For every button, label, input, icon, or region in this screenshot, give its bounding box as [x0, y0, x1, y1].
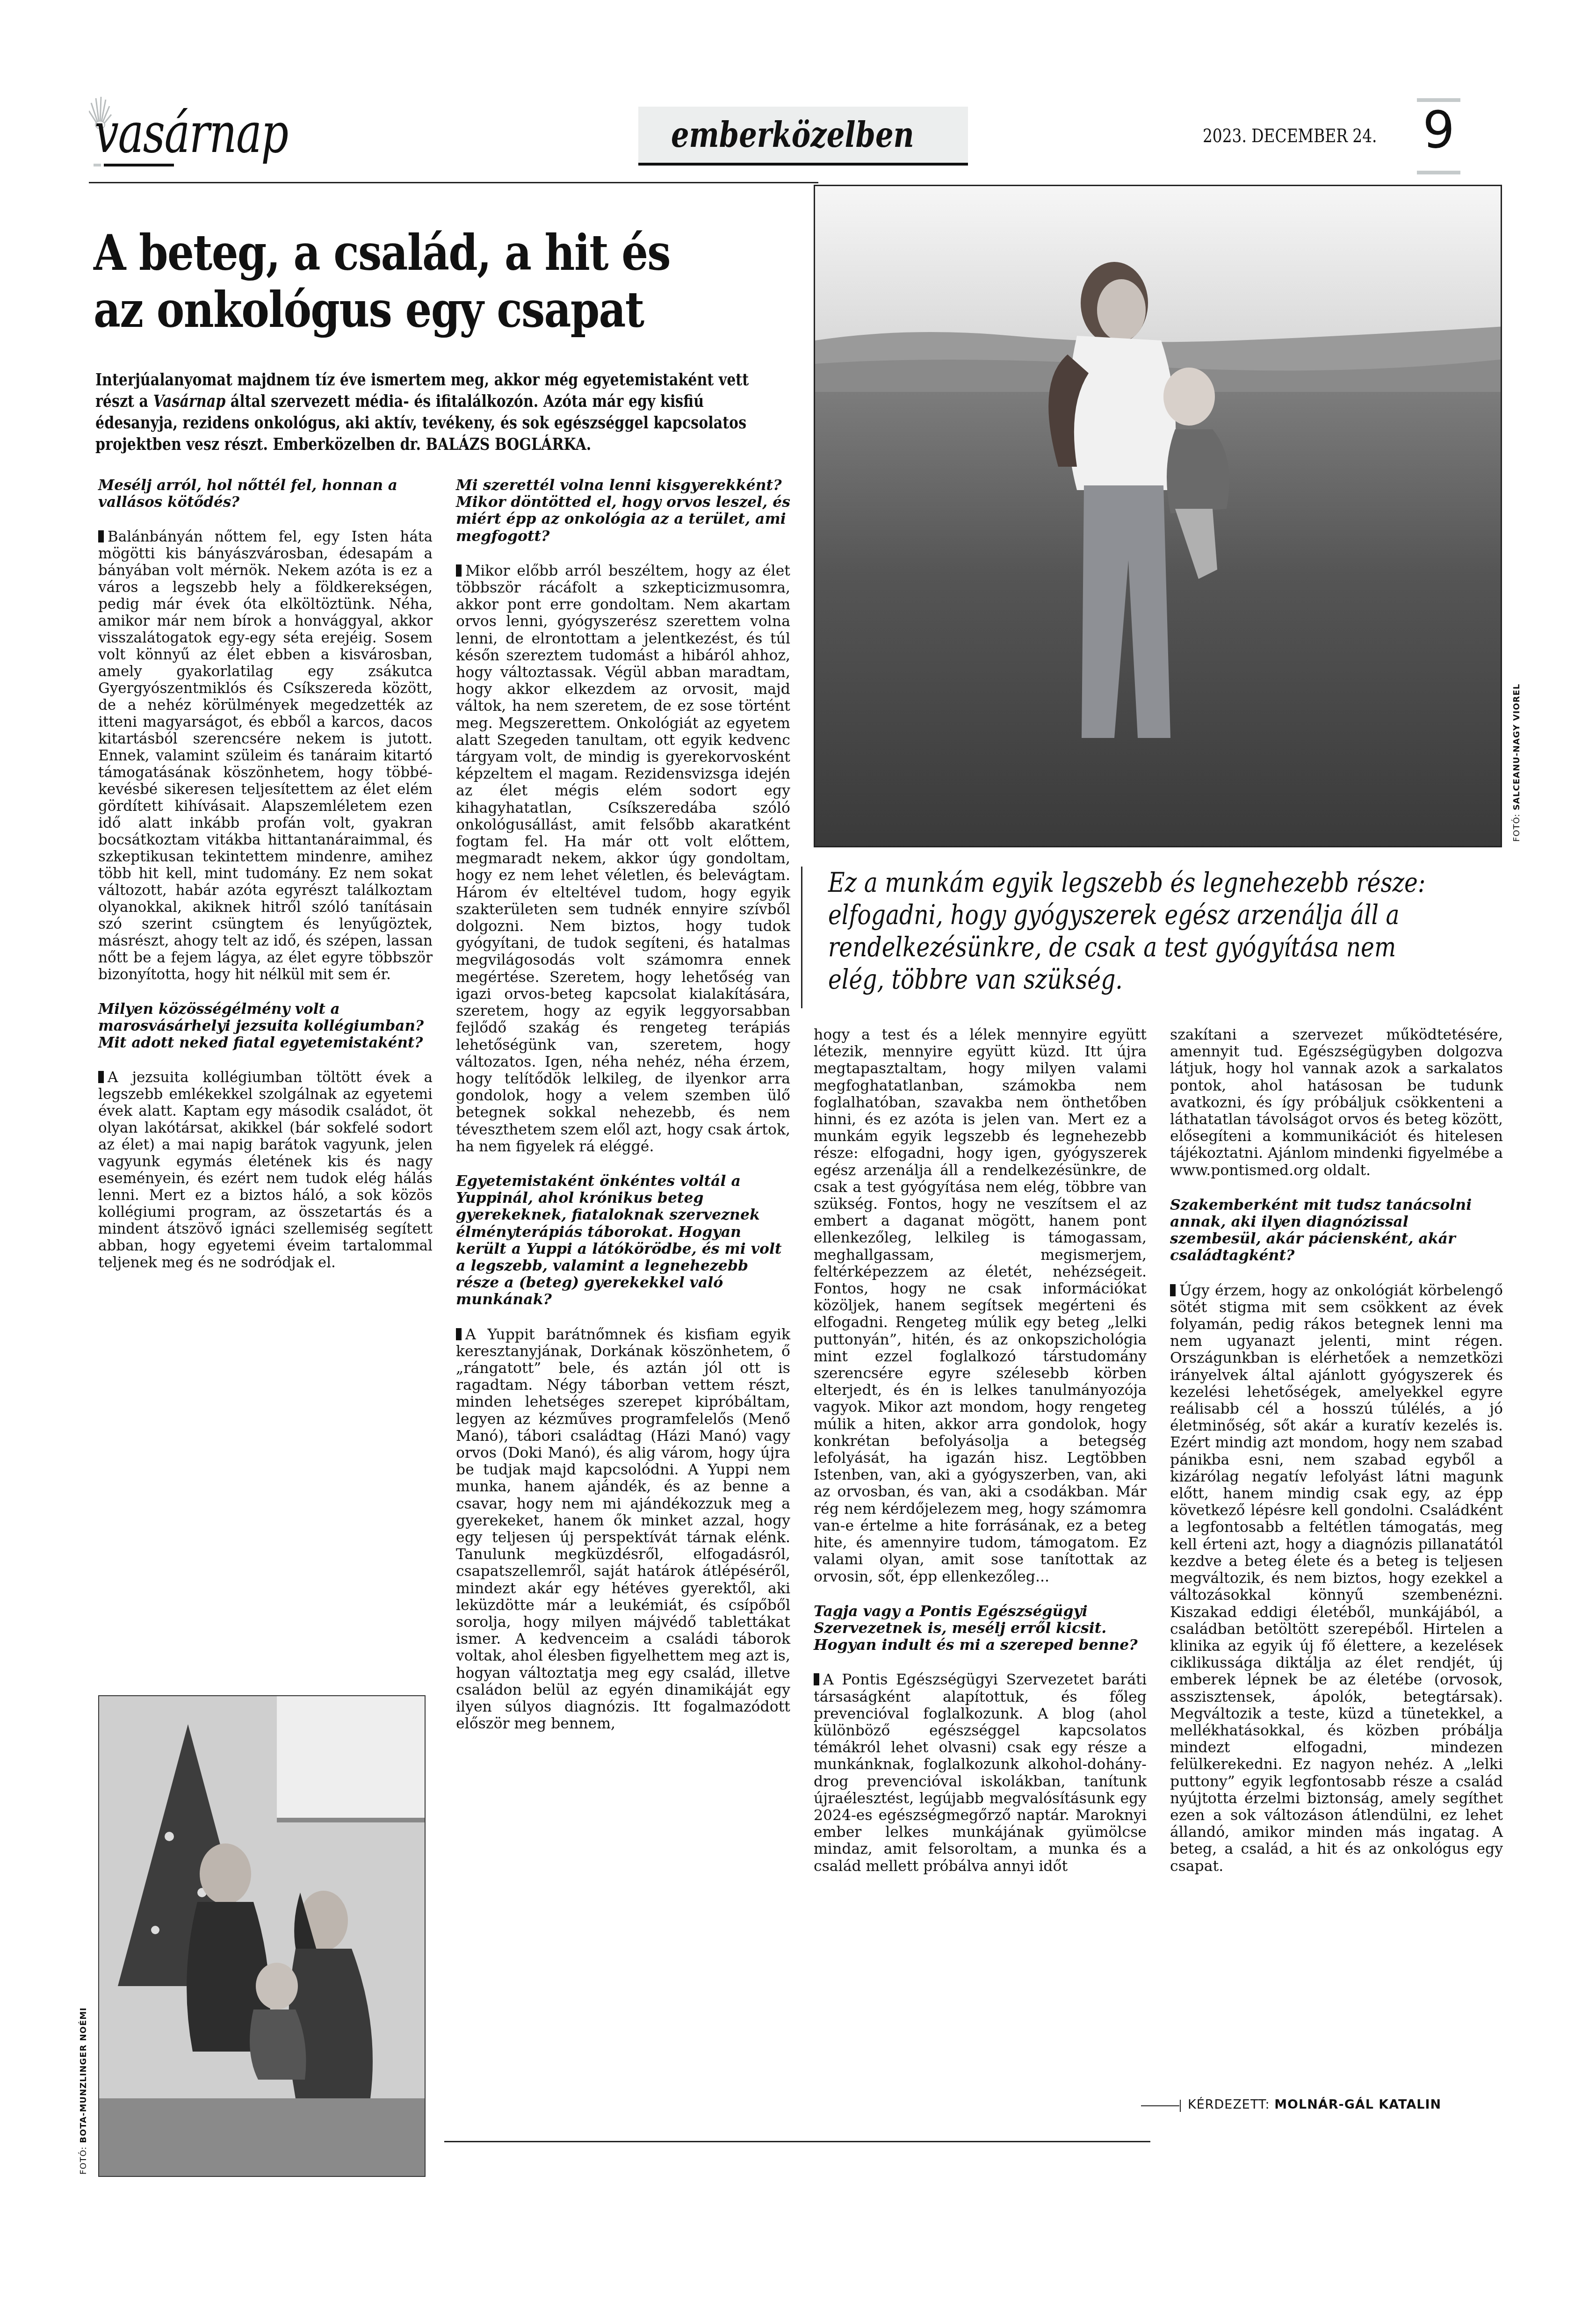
answer: A jezsuita kollégiumban töltött évek a l… — [98, 1069, 433, 1271]
answer: Mikor előbb arról beszéltem, hogy az éle… — [456, 563, 790, 1155]
article-title: A beteg, a család, a hit és az onkológus… — [94, 224, 677, 339]
section-header: emberközelben — [638, 107, 968, 166]
answer-marker-icon — [456, 1328, 462, 1340]
woman-with-child-photo — [815, 186, 1502, 847]
family-photo-credit: FOTÓ: BOTA-MUNZLINGER NOÉMI — [79, 2007, 88, 2175]
article-column-4: szakítani a szervezet működtetésére, ame… — [1170, 1026, 1503, 1893]
header-rule — [89, 182, 818, 183]
logo-underline — [104, 164, 174, 166]
article-lead: Interjúalanyomat majdnem tíz éve ismerte… — [95, 369, 771, 455]
answer-marker-icon — [98, 1071, 104, 1083]
family-photo — [98, 1695, 426, 2177]
publication-name: Vasárnap — [153, 392, 225, 411]
question: Egyetemistaként önkéntes voltál a Yuppin… — [456, 1173, 790, 1308]
answer-marker-icon — [456, 564, 462, 577]
question: Tagja vagy a Pontis Egészségügyi Szervez… — [814, 1603, 1147, 1654]
answer: A Pontis Egészségügyi Szervezetet baráti… — [814, 1671, 1147, 1874]
article-column-3: hogy a test és a lélek mennyire együtt l… — [814, 1026, 1147, 1893]
issue-date: 2023. DECEMBER 24. — [1203, 125, 1377, 147]
byline-rule-left — [1141, 2105, 1179, 2106]
pull-quote-text: Ez a munkám egyik legszebb és legnehezeb… — [828, 867, 1457, 996]
publication-logo: vasárnap — [89, 96, 341, 161]
title-line-1: A beteg, a család, a hit és — [94, 224, 670, 282]
main-photo — [814, 185, 1502, 847]
question: Mi szerettél volna lenni kisgyerekként? … — [456, 477, 790, 545]
answer-marker-icon — [814, 1673, 819, 1685]
byline-text: KÉRDEZETT: MOLNÁR-GÁL KATALIN — [1188, 2097, 1441, 2112]
author-name: MOLNÁR-GÁL KATALIN — [1274, 2097, 1441, 2112]
answer-continued: hogy a test és a lélek mennyire együtt l… — [814, 1026, 1147, 1585]
article-column-2: Mi szerettél volna lenni kisgyerekként? … — [456, 477, 790, 1750]
answer-marker-icon — [98, 530, 104, 542]
answer: A Yuppit barátnőmnek és kisfiam egyik ke… — [456, 1326, 790, 1733]
logo-accent-rule — [94, 164, 101, 166]
byline: KÉRDEZETT: MOLNÁR-GÁL KATALIN — [1141, 2097, 1506, 2116]
page-number: 9 — [1417, 105, 1460, 156]
section-label: emberközelben — [671, 115, 914, 155]
question: Milyen közösségélmény volt a marosvásárh… — [98, 1001, 433, 1051]
question: Mesélj arról, hol nőttél fel, honnan a v… — [98, 477, 433, 511]
logo-wordmark: vasárnap — [94, 105, 288, 160]
title-line-2: az onkológus egy csapat — [94, 281, 643, 339]
question: Szakemberként mit tudsz tanácsolni annak… — [1170, 1197, 1503, 1265]
answer-continued: szakítani a szervezet működtetésére, ame… — [1170, 1026, 1503, 1179]
main-photo-credit: FOTÓ: SALCEANU-NAGY VIOREL — [1512, 684, 1522, 842]
answer: Úgy érzem, hogy az onkológiát körbelengő… — [1170, 1282, 1503, 1875]
pull-quote: Ez a munkám egyik legszebb és legnehezeb… — [801, 867, 1484, 1008]
page-number-bottom-rule — [1417, 171, 1460, 174]
column-bottom-rule — [444, 2141, 1150, 2142]
article-column-1: Mesélj arról, hol nőttél fel, honnan a v… — [98, 477, 433, 1289]
byline-tick-left — [1180, 2100, 1181, 2112]
family-christmas-photo — [99, 1696, 426, 2177]
answer: Balánbányán nőttem fel, egy Isten háta m… — [98, 528, 433, 983]
answer-marker-icon — [1170, 1284, 1176, 1296]
